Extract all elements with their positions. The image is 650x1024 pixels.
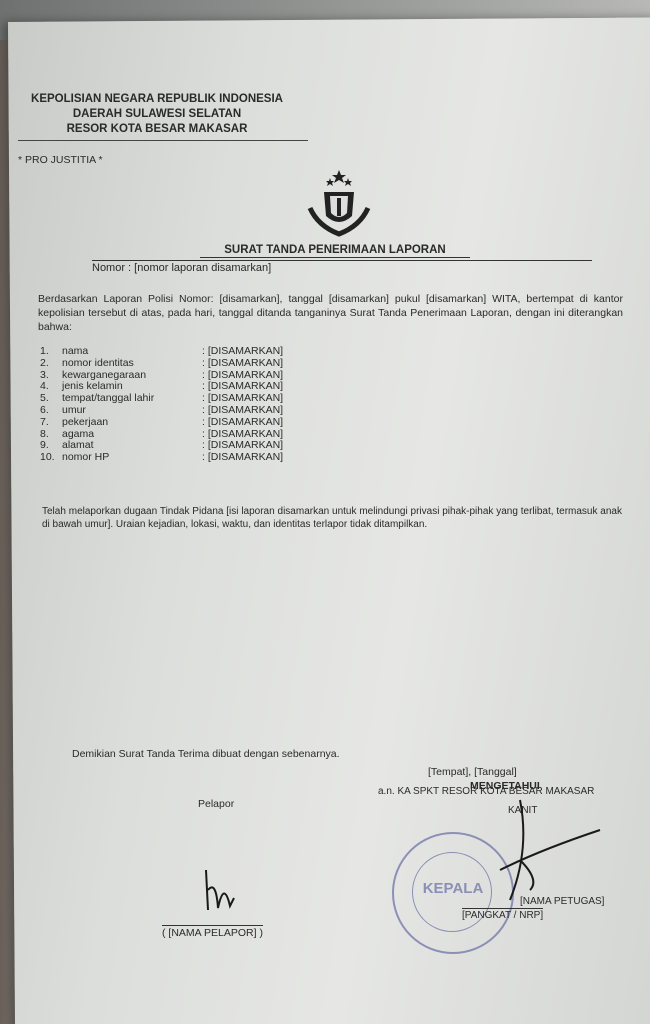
field-label: nomor HP (62, 452, 202, 464)
reporter-fields: 1.nama: [DISAMARKAN]2.nomor identitas: [… (40, 346, 600, 464)
officer-name: [NAMA PETUGAS] (520, 896, 604, 907)
officer-signature (480, 790, 610, 910)
police-emblem-icon (300, 168, 378, 240)
field-value: : [DISAMARKAN] (202, 405, 600, 417)
field-label: nomor identitas (62, 358, 202, 370)
field-row: 7.pekerjaan: [DISAMARKAN] (40, 417, 600, 429)
police-report-document: KEPOLISIAN NEGARA REPUBLIK INDONESIA DAE… (0, 0, 650, 1024)
classification-label: * PRO JUSTITIA * (18, 154, 103, 166)
field-value: : [DISAMARKAN] (202, 417, 600, 429)
reporter-signature (198, 860, 258, 920)
field-row: 6.umur: [DISAMARKAN] (40, 405, 600, 417)
field-row: 9.alamat: [DISAMARKAN] (40, 440, 600, 452)
narrative-paragraph: Telah melaporkan dugaan Tindak Pidana [i… (42, 506, 622, 531)
reporter-name: ( [NAMA PELAPOR] ) (162, 925, 263, 939)
closing-statement: Demikian Surat Tanda Terima dibuat denga… (72, 748, 340, 760)
field-row: 10.nomor HP: [DISAMARKAN] (40, 452, 600, 464)
field-label: umur (62, 405, 202, 417)
field-row: 8.agama: [DISAMARKAN] (40, 429, 600, 441)
field-num: 10. (40, 452, 62, 464)
letterhead-rule (18, 140, 308, 141)
intro-paragraph: Berdasarkan Laporan Polisi Nomor: [disam… (38, 292, 623, 334)
reporter-label: Pelapor (198, 798, 234, 810)
field-row: 3.kewarganegaraan: [DISAMARKAN] (40, 370, 600, 382)
document-title: SURAT TANDA PENERIMAAN LAPORAN (200, 244, 470, 258)
letterhead: KEPOLISIAN NEGARA REPUBLIK INDONESIA DAE… (12, 92, 302, 141)
letterhead-line-1: KEPOLISIAN NEGARA REPUBLIK INDONESIA (12, 92, 302, 107)
field-num: 7. (40, 417, 62, 429)
field-num: 6. (40, 405, 62, 417)
field-row: 5.tempat/tanggal lahir: [DISAMARKAN] (40, 393, 600, 405)
field-row: 2.nomor identitas: [DISAMARKAN] (40, 358, 600, 370)
field-value: : [DISAMARKAN] (202, 358, 600, 370)
letterhead-line-2: DAERAH SULAWESI SELATAN (12, 107, 302, 122)
place-date: [Tempat], [Tanggal] (428, 766, 517, 778)
report-number: Nomor : [nomor laporan disamarkan] (92, 260, 592, 274)
field-num: 2. (40, 358, 62, 370)
officer-rank: [PANGKAT / NRP] (462, 908, 543, 921)
letterhead-line-3: RESOR KOTA BESAR MAKASAR (12, 122, 302, 137)
field-label: pekerjaan (62, 417, 202, 429)
field-value: : [DISAMARKAN] (202, 452, 600, 464)
